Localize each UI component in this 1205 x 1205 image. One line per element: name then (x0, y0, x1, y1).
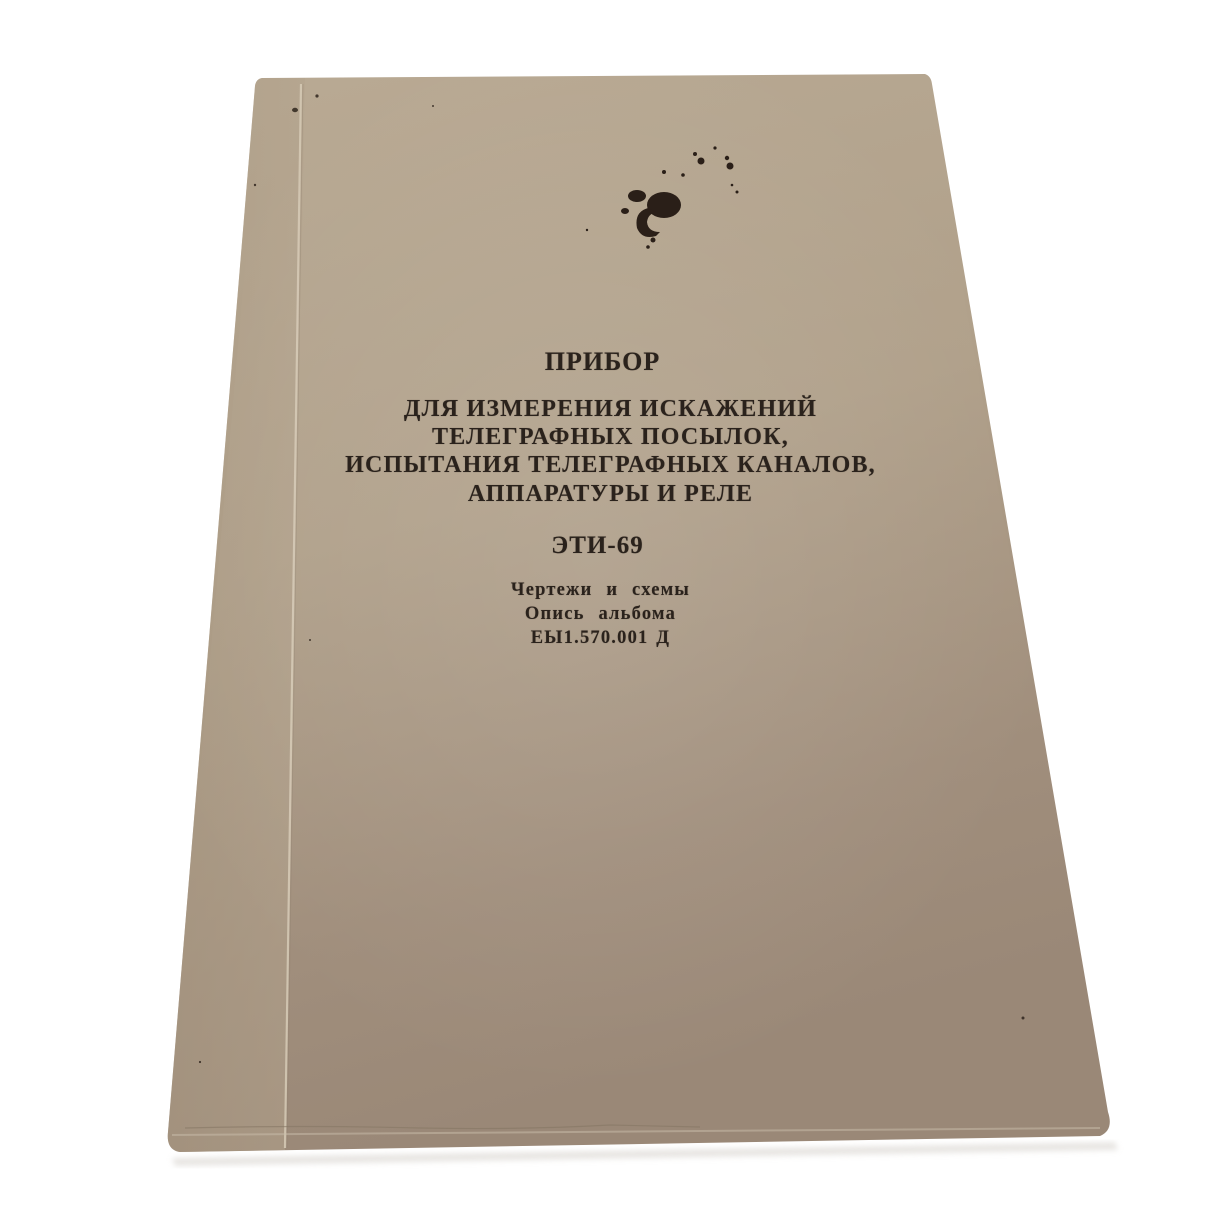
photo-stage: ПРИБОР ДЛЯ ИЗМЕРЕНИЯ ИСКАЖЕНИЙ ТЕЛЕГРАФН… (0, 0, 1205, 1205)
booklet (0, 0, 1205, 1205)
